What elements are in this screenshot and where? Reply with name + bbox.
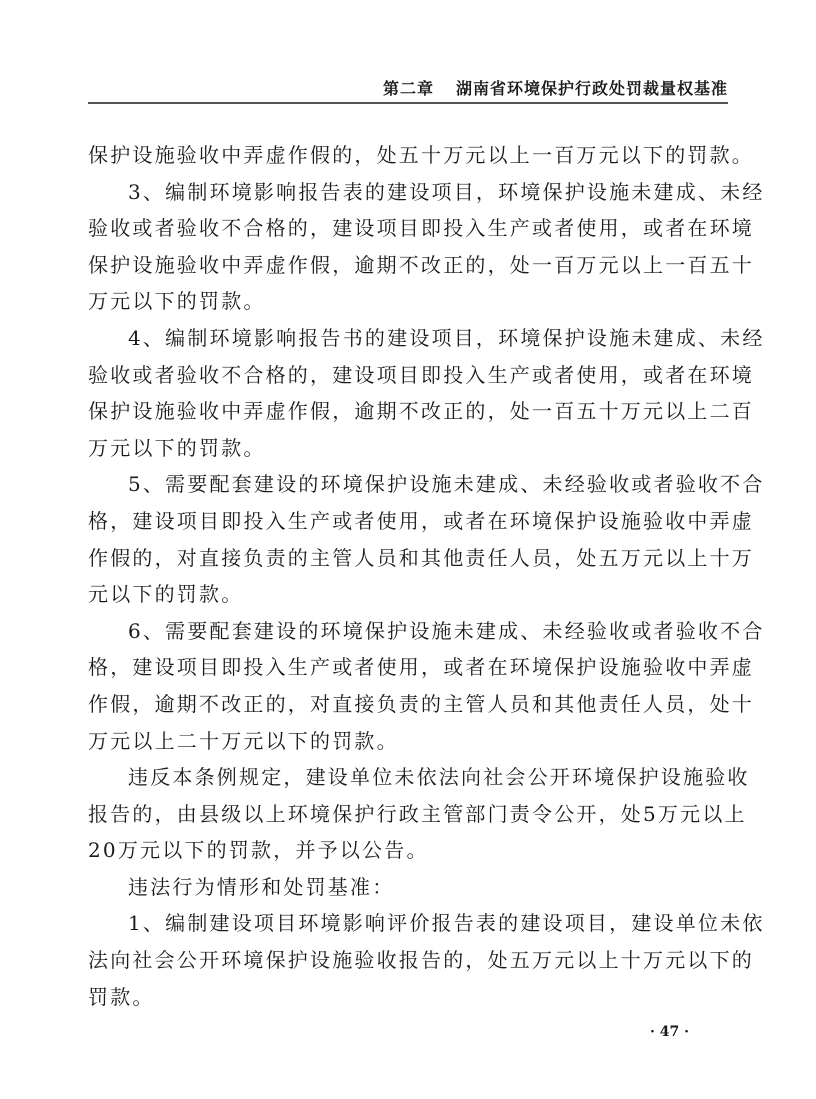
text-line: 4、编制环境影响报告书的建设项目，环境保护设施未建成、未经 — [88, 320, 728, 357]
text-line: 法向社会公开环境保护设施验收报告的，处五万元以上十万元以下的 — [88, 942, 728, 979]
header-rule — [88, 102, 728, 104]
text-line: 保护设施验收中弄虚作假，逾期不改正的，处一百万元以上一百五十 — [88, 247, 728, 284]
text-line: 验收或者验收不合格的，建设项目即投入生产或者使用，或者在环境 — [88, 210, 728, 247]
chapter-label: 第二章 — [383, 79, 434, 98]
text-line: 验收或者验收不合格的，建设项目即投入生产或者使用，或者在环境 — [88, 357, 728, 394]
text-line: 万元以上二十万元以下的罚款。 — [88, 723, 728, 760]
text-line: 违法行为情形和处罚基准： — [88, 869, 728, 906]
text-line: 20万元以下的罚款，并予以公告。 — [88, 832, 728, 869]
text-line: 保护设施验收中弄虚作假的，处五十万元以上一百万元以下的罚款。 — [88, 137, 728, 174]
body-text: 保护设施验收中弄虚作假的，处五十万元以上一百万元以下的罚款。 3、编制环境影响报… — [88, 137, 728, 1015]
text-line: 万元以下的罚款。 — [88, 430, 728, 467]
text-line: 6、需要配套建设的环境保护设施未建成、未经验收或者验收不合 — [88, 613, 728, 650]
text-line: 5、需要配套建设的环境保护设施未建成、未经验收或者验收不合 — [88, 466, 728, 503]
text-line: 格，建设项目即投入生产或者使用，或者在环境保护设施验收中弄虚 — [88, 503, 728, 540]
text-line: 3、编制环境影响报告表的建设项目，环境保护设施未建成、未经 — [88, 174, 728, 211]
page-number: · 47 · — [650, 1024, 689, 1040]
text-line: 元以下的罚款。 — [88, 576, 728, 613]
running-header: 第二章湖南省环境保护行政处罚裁量权基准 — [88, 76, 728, 100]
text-line: 违反本条例规定，建设单位未依法向社会公开环境保护设施验收 — [88, 759, 728, 796]
text-line: 报告的，由县级以上环境保护行政主管部门责令公开，处5万元以上 — [88, 796, 728, 833]
text-line: 作假，逾期不改正的，对直接负责的主管人员和其他责任人员，处十 — [88, 686, 728, 723]
chapter-title: 湖南省环境保护行政处罚裁量权基准 — [456, 79, 728, 98]
text-line: 罚款。 — [88, 979, 728, 1016]
text-line: 格，建设项目即投入生产或者使用，或者在环境保护设施验收中弄虚 — [88, 649, 728, 686]
text-line: 万元以下的罚款。 — [88, 283, 728, 320]
text-line: 保护设施验收中弄虚作假，逾期不改正的，处一百五十万元以上二百 — [88, 393, 728, 430]
text-line: 作假的，对直接负责的主管人员和其他责任人员，处五万元以上十万 — [88, 540, 728, 577]
text-line: 1、编制建设项目环境影响评价报告表的建设项目，建设单位未依 — [88, 905, 728, 942]
